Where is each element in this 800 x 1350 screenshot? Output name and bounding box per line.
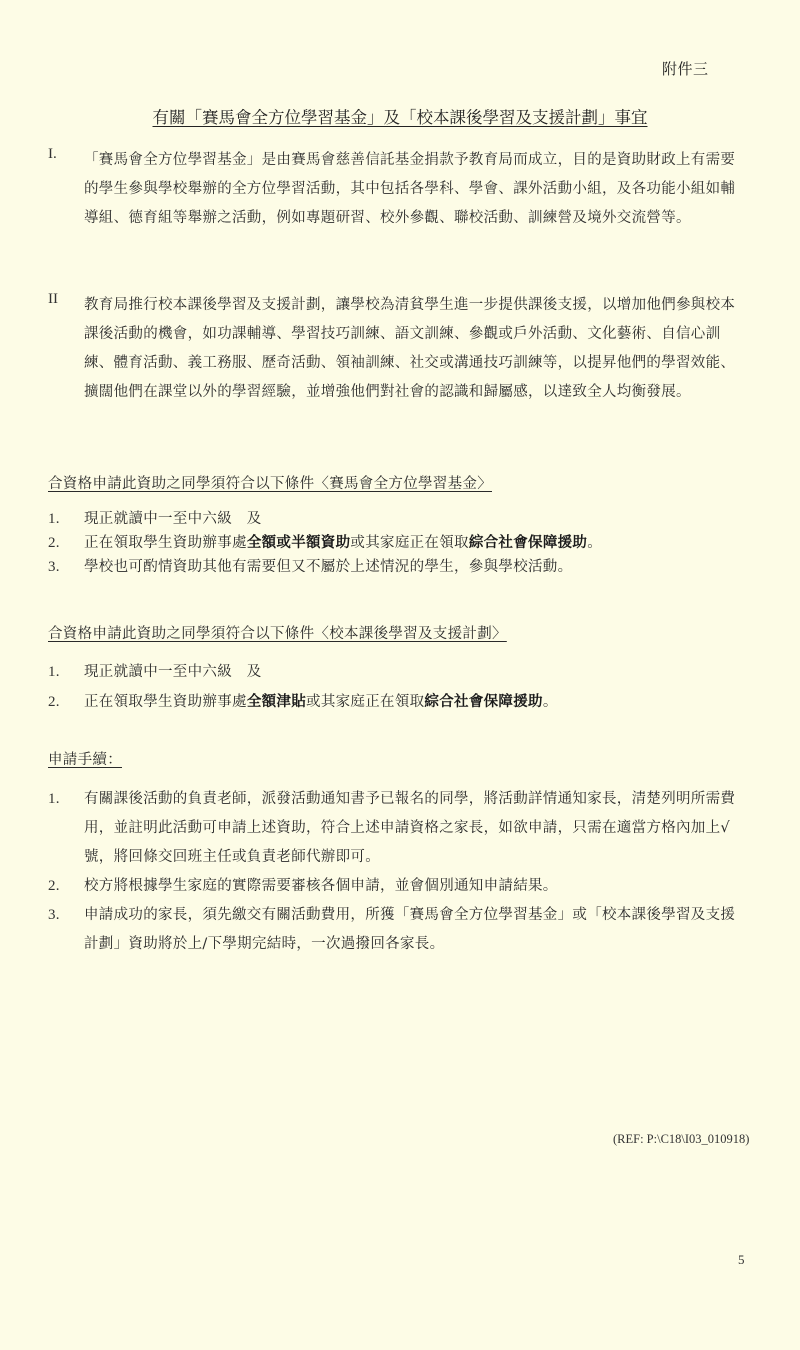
text-run: 正在領取學生資助辦事處 (84, 535, 247, 551)
list-number: 2. (48, 687, 84, 717)
section-paragraph: 教育局推行校本課後學習及支援計劃，讓學校為清貧學生進一步提供課後支援，以增加他們… (84, 291, 744, 407)
bold-term: 全額或半額資助 (247, 535, 351, 551)
list-item: 2. 正在領取學生資助辦事處全額或半額資助或其家庭正在領取綜合社會保障援助。 (48, 531, 768, 555)
text-run: 正在領取學生資助辦事處 (84, 694, 247, 710)
eligibility-jockey-heading: 合資格申請此資助之同學須符合以下條件〈賽馬會全方位學習基金〉 (48, 472, 768, 493)
list-number: 1. (48, 785, 84, 872)
list-text: 申請成功的家長，須先繳交有關活動費用，所獲「賽馬會全方位學習基金」或「校本課後學… (84, 901, 744, 959)
page-number: 5 (738, 1252, 745, 1268)
eligibility-jockey-list: 1. 現正就讀中一至中六級 及 2. 正在領取學生資助辦事處全額或半額資助或其家… (48, 507, 768, 579)
text-run: 或其家庭正在領取 (306, 694, 424, 710)
bold-term: 綜合社會保障援助 (469, 535, 587, 551)
list-text: 學校也可酌情資助其他有需要但又不屬於上述情況的學生，參與學校活動。 (84, 555, 744, 579)
intro-section-2: II 教育局推行校本課後學習及支援計劃，讓學校為清貧學生進一步提供課後支援，以增… (48, 291, 768, 407)
document-page: 附件三 有關「賽馬會全方位學習基金」及「校本課後學習及支援計劃」事宜 I. 「賽… (0, 0, 800, 1350)
list-item: 1. 現正就讀中一至中六級 及 (48, 507, 768, 531)
list-item: 1. 有關課後活動的負責老師，派發活動通知書予已報名的同學，將活動詳情通知家長，… (48, 785, 768, 872)
list-text: 有關課後活動的負責老師，派發活動通知書予已報名的同學，將活動詳情通知家長，清楚列… (84, 785, 744, 872)
list-text: 正在領取學生資助辦事處全額或半額資助或其家庭正在領取綜合社會保障援助。 (84, 531, 744, 555)
list-item: 2. 正在領取學生資助辦事處全額津貼或其家庭正在領取綜合社會保障援助。 (48, 687, 768, 717)
list-text: 現正就讀中一至中六級 及 (84, 507, 744, 531)
list-item: 1. 現正就讀中一至中六級 及 (48, 657, 768, 687)
document-title-text: 有關「賽馬會全方位學習基金」及「校本課後學習及支援計劃」事宜 (153, 108, 648, 127)
bold-term: 全額津貼 (247, 694, 306, 710)
list-number: 2. (48, 531, 84, 555)
text-run: 或其家庭正在領取 (350, 535, 468, 551)
list-item: 3. 申請成功的家長，須先繳交有關活動費用，所獲「賽馬會全方位學習基金」或「校本… (48, 901, 768, 959)
list-item: 3. 學校也可酌情資助其他有需要但又不屬於上述情況的學生，參與學校活動。 (48, 555, 768, 579)
list-number: 1. (48, 507, 84, 531)
list-text: 校方將根據學生家庭的實際需要審核各個申請，並會個別通知申請結果。 (84, 872, 744, 901)
list-number: 3. (48, 555, 84, 579)
list-text: 現正就讀中一至中六級 及 (84, 657, 744, 687)
list-number: 1. (48, 657, 84, 687)
procedure-heading: 申請手續： (48, 748, 768, 769)
eligibility-school-list: 1. 現正就讀中一至中六級 及 2. 正在領取學生資助辦事處全額津貼或其家庭正在… (48, 657, 768, 717)
list-number: 3. (48, 901, 84, 959)
procedure-list: 1. 有關課後活動的負責老師，派發活動通知書予已報名的同學，將活動詳情通知家長，… (48, 785, 768, 959)
reference-code: (REF: P:\C18\I03_010918) (613, 1132, 749, 1147)
list-text: 正在領取學生資助辦事處全額津貼或其家庭正在領取綜合社會保障援助。 (84, 687, 744, 717)
procedure-section: 申請手續： 1. 有關課後活動的負責老師，派發活動通知書予已報名的同學，將活動詳… (48, 748, 768, 959)
annex-label: 附件三 (662, 58, 709, 79)
section-marker: II (48, 291, 84, 407)
text-run: 。 (543, 694, 558, 710)
list-item: 2. 校方將根據學生家庭的實際需要審核各個申請，並會個別通知申請結果。 (48, 872, 768, 901)
bold-term: 綜合社會保障援助 (424, 694, 542, 710)
text-run: 。 (587, 535, 602, 551)
eligibility-school-heading: 合資格申請此資助之同學須符合以下條件〈校本課後學習及支援計劃〉 (48, 622, 768, 643)
section-marker: I. (48, 146, 84, 233)
intro-section-1: I. 「賽馬會全方位學習基金」是由賽馬會慈善信託基金捐款予教育局而成立，目的是資… (48, 146, 768, 233)
eligibility-jockey-section: 合資格申請此資助之同學須符合以下條件〈賽馬會全方位學習基金〉 1. 現正就讀中一… (48, 472, 768, 579)
document-title: 有關「賽馬會全方位學習基金」及「校本課後學習及支援計劃」事宜 (0, 104, 800, 128)
section-paragraph: 「賽馬會全方位學習基金」是由賽馬會慈善信託基金捐款予教育局而成立，目的是資助財政… (84, 146, 744, 233)
eligibility-school-section: 合資格申請此資助之同學須符合以下條件〈校本課後學習及支援計劃〉 1. 現正就讀中… (48, 622, 768, 717)
list-number: 2. (48, 872, 84, 901)
